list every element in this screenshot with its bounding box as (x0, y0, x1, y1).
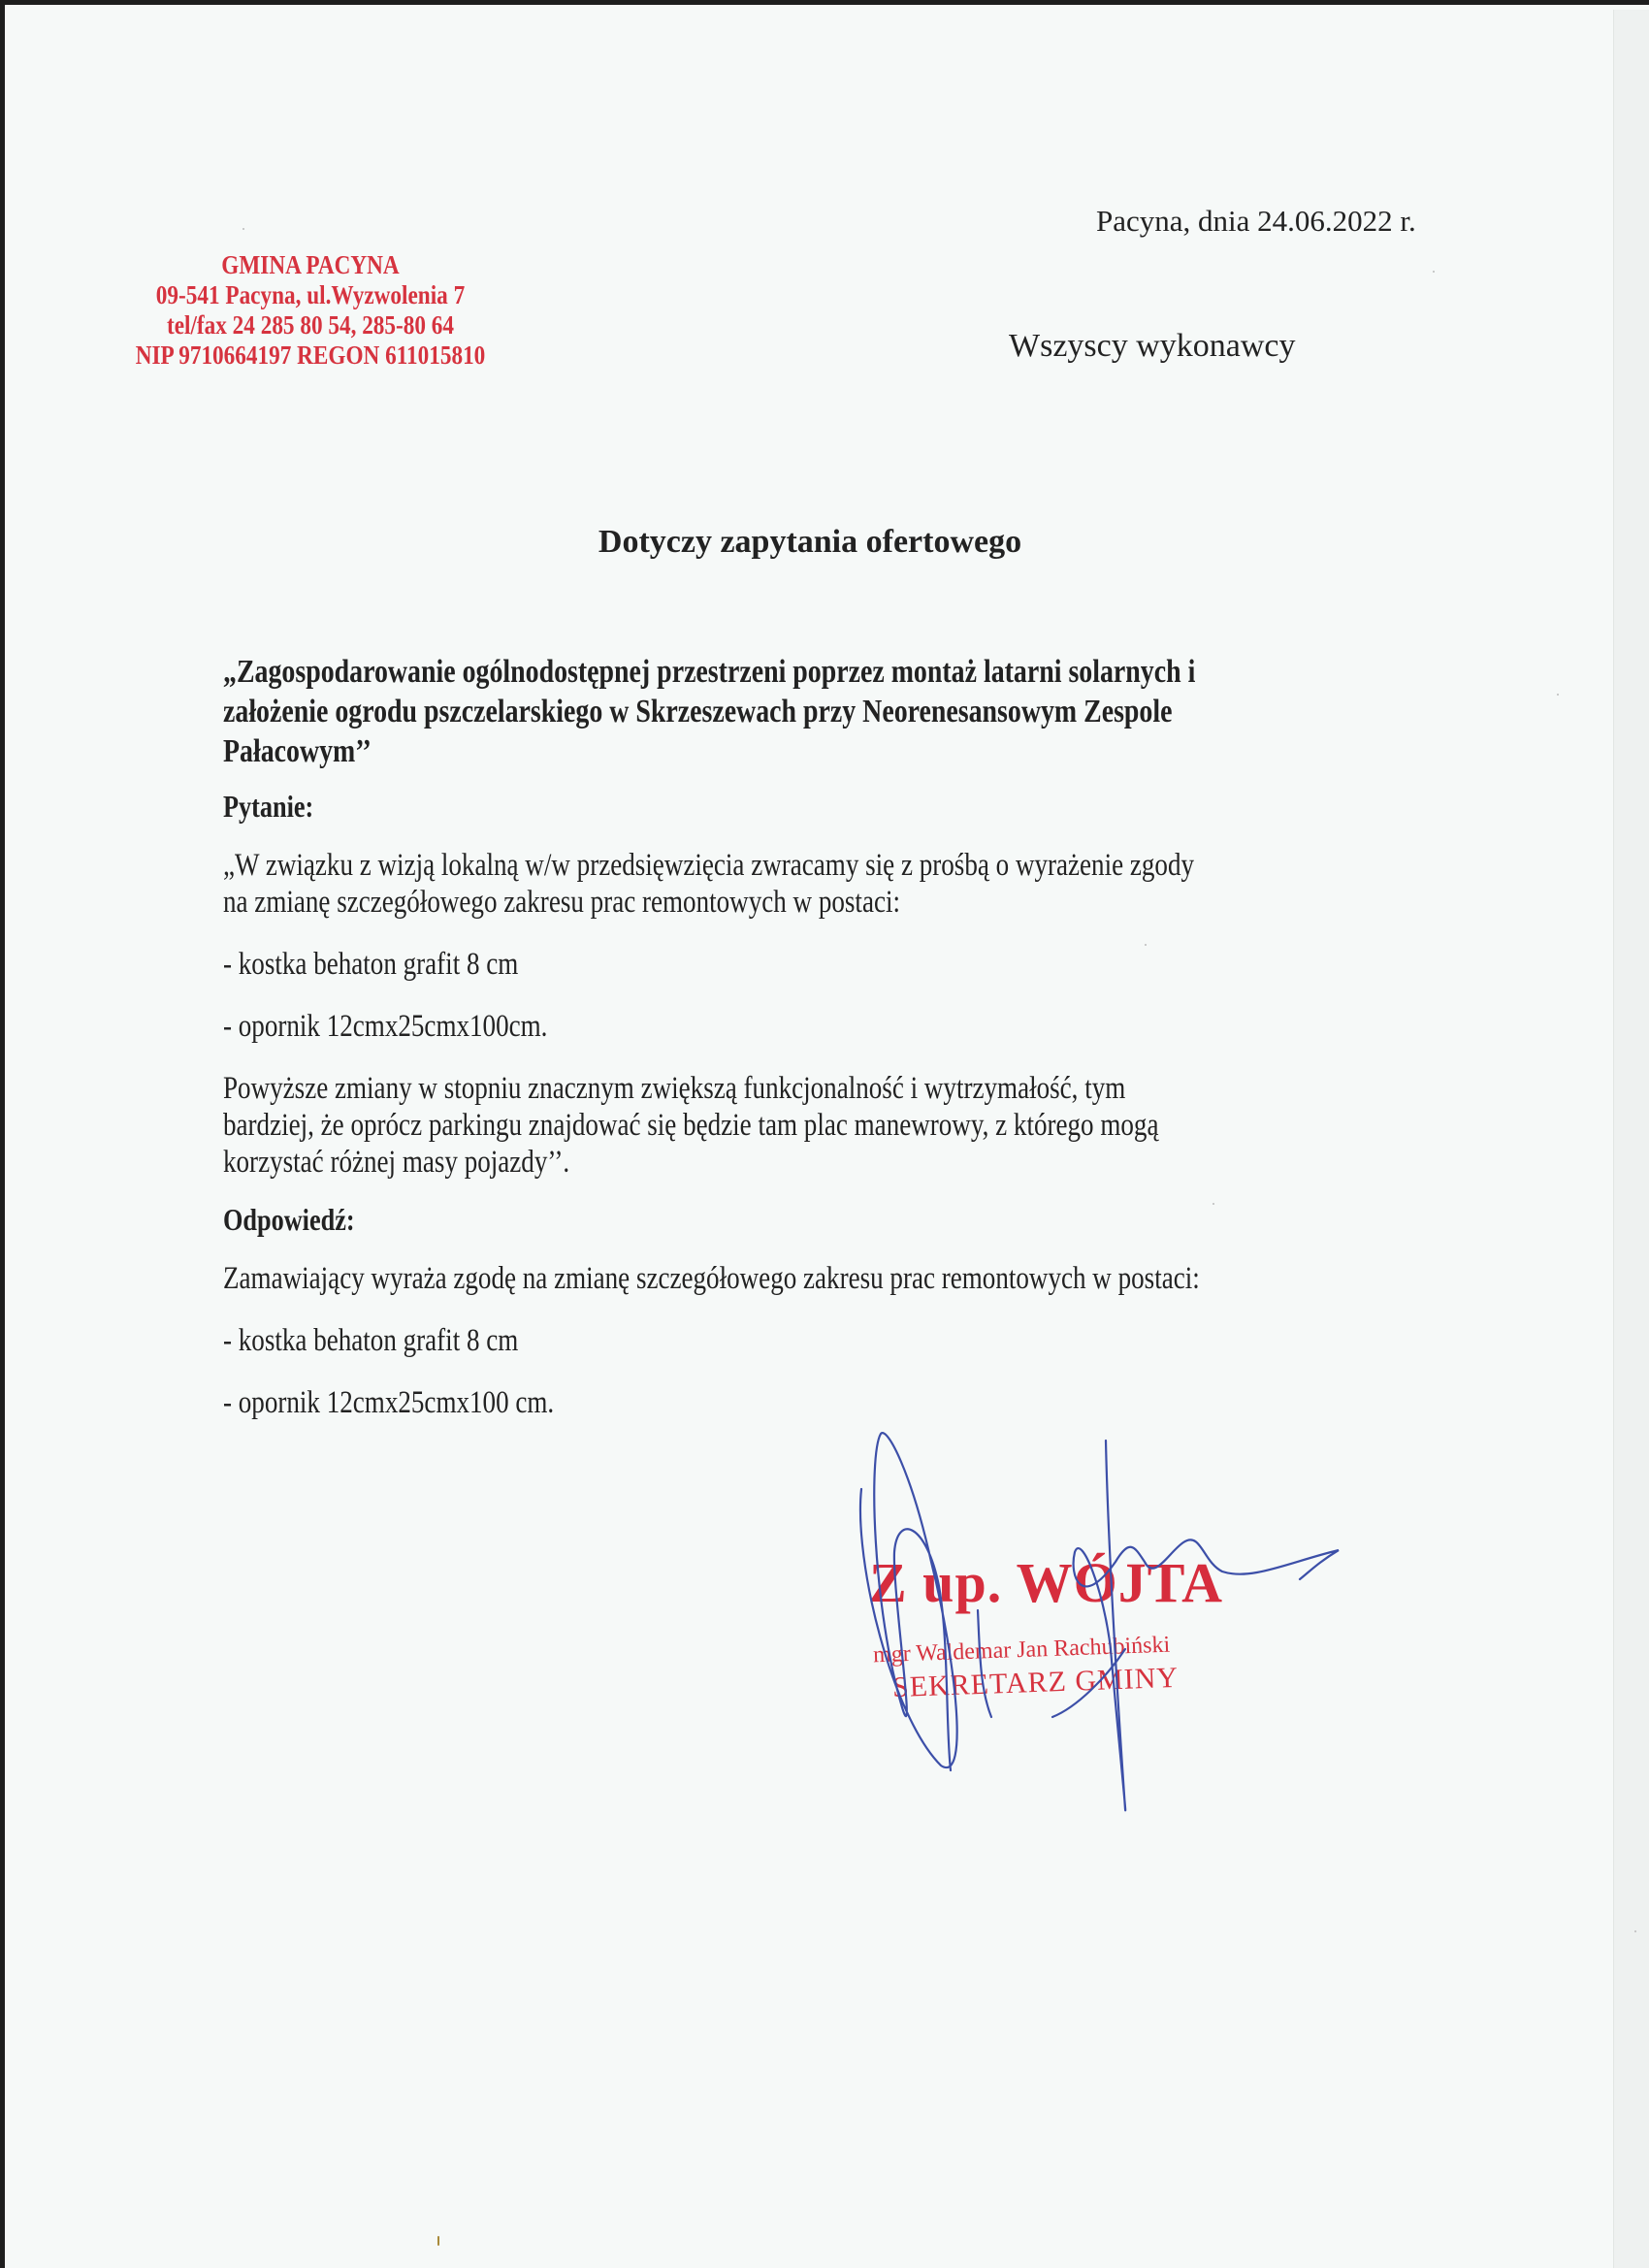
question-label: Pytanie: (223, 787, 1445, 826)
handwritten-signature-icon (834, 1416, 1377, 1843)
project-title-line: założenie ogrodu pszczelarskiego w Skrze… (223, 692, 1448, 731)
letterhead-stamp: GMINA PACYNA 09-541 Pacyna, ul.Wyzwoleni… (131, 250, 490, 371)
subject-heading: Dotyczy zapytania ofertowego (0, 524, 1649, 561)
project-title-line: „Zagospodarowanie ogólnodostępnej przest… (223, 652, 1448, 692)
question-item: - opornik 12cmx25cmx100cm. (223, 1008, 1445, 1045)
question-closing: Powyższe zmiany w stopniu znacznym zwięk… (223, 1070, 1445, 1181)
organization-name: GMINA PACYNA (131, 250, 490, 280)
project-title-line: Pałacowym’’ (223, 731, 1448, 771)
answer-intro: Zamawiający wyraża zgodę na zmianę szcze… (223, 1260, 1445, 1297)
organization-ids: NIP 9710664197 REGON 611015810 (131, 340, 490, 371)
organization-address: 09-541 Pacyna, ul.Wyzwolenia 7 (131, 280, 490, 310)
recipient: Wszyscy wykonawcy (1009, 328, 1296, 365)
question-item: - kostka behaton grafit 8 cm (223, 946, 1445, 983)
organization-phone: tel/fax 24 285 80 54, 285-80 64 (131, 310, 490, 340)
place-date: Pacyna, dnia 24.06.2022 r. (1096, 204, 1416, 239)
question-intro: „W związku z wizją lokalną w/w przedsięw… (223, 847, 1445, 921)
signature-block: Z up. WÓJTA mgr Waldemar Jan Rachubiński… (834, 1416, 1377, 1843)
scan-edge (1613, 10, 1649, 2268)
letter-body: „Zagospodarowanie ogólnodostępnej przest… (223, 652, 1445, 1421)
answer-label: Odpowiedź: (223, 1200, 1445, 1239)
answer-item: - kostka behaton grafit 8 cm (223, 1322, 1445, 1359)
project-title: „Zagospodarowanie ogólnodostępnej przest… (223, 652, 1445, 771)
